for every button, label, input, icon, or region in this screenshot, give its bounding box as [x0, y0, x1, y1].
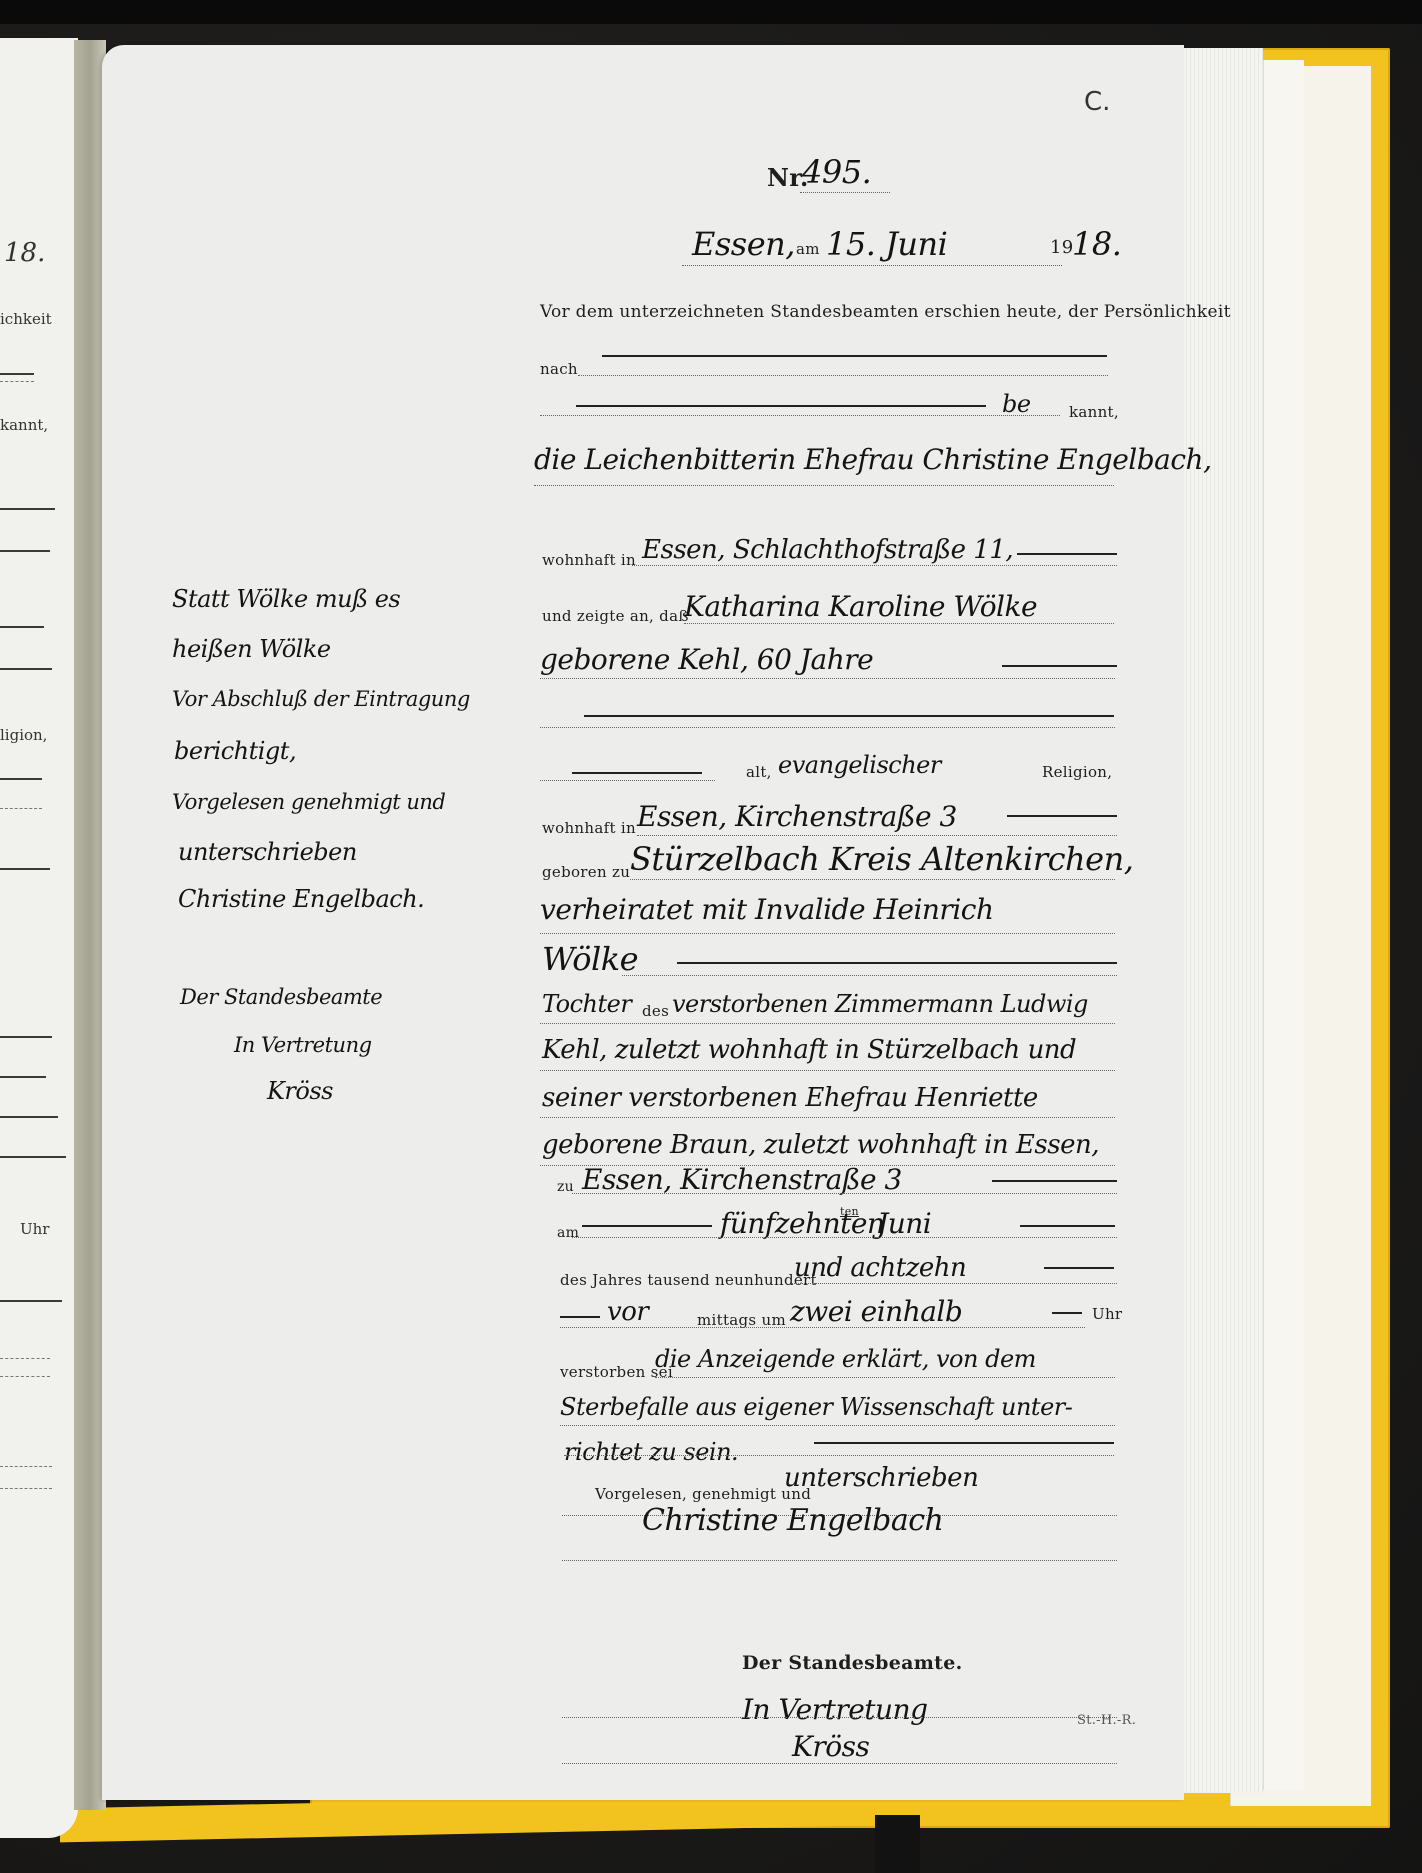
year-dotted-line	[792, 1283, 1117, 1284]
vor-filler-line	[560, 1316, 600, 1318]
margin-note-line: Vor Abschluß der Eintragung	[172, 687, 470, 711]
death-day: fünfzehnten	[720, 1207, 885, 1240]
deceased-dotted-line	[684, 623, 1114, 624]
left-page-dotted	[0, 1376, 50, 1377]
month-filler-line	[1020, 1225, 1115, 1227]
zeigte-label: und zeigte an, daß	[542, 607, 689, 625]
bookmark-ribbon	[875, 1815, 920, 1873]
married-line: verheiratet mit Invalide Heinrich	[540, 893, 993, 926]
vor-hand: vor	[607, 1297, 648, 1327]
left-page-year: 18.	[4, 238, 45, 268]
birthplace-dotted-line	[630, 879, 1115, 880]
margin-note-line: Christine Engelbach.	[178, 885, 424, 913]
left-page-rule	[0, 1036, 52, 1038]
parents-line: verstorbenen Zimmermann Ludwig	[672, 990, 1088, 1018]
date-dotted-line	[682, 265, 1062, 266]
margin-registrar-line: In Vertretung	[234, 1033, 372, 1057]
death-place-filler-line	[992, 1180, 1117, 1182]
margin-registrar-signature: Kröss	[267, 1077, 333, 1105]
left-page-rule	[0, 1156, 66, 1158]
registrar-signature: Kröss	[792, 1730, 869, 1763]
register-page: C. Nr. 495. Essen, am 15. Juni 19 18. Vo…	[102, 45, 1184, 1800]
am-dotted-line	[572, 1237, 1117, 1238]
margin-note-line: Statt Wölke muß es	[172, 585, 400, 613]
form-mark: St.-H.-R.	[1077, 1713, 1136, 1728]
death-year-words: und achtzehn	[794, 1253, 966, 1283]
married-surname: Wölke	[542, 940, 638, 978]
death-time: zwei einhalb	[790, 1295, 962, 1328]
am-filler-line	[582, 1225, 712, 1227]
registrar-line: In Vertretung	[742, 1693, 928, 1726]
signature-dotted-line-2	[562, 1560, 1117, 1561]
registrar-dotted-line	[562, 1717, 1117, 1718]
left-page-rule	[0, 626, 44, 628]
bekannt-label: kannt,	[1069, 403, 1119, 421]
deceased-residence: Essen, Kirchenstraße 3	[637, 800, 957, 833]
informant-residence: Essen, Schlachthofstraße 11,	[642, 535, 1013, 565]
window-title-bar: /Abt_Rheinland/PA_3103/~082/08283/R_PA_3…	[0, 0, 1422, 24]
remark-dotted-line	[564, 1455, 1114, 1456]
left-page-dotted	[0, 381, 34, 382]
married-dotted-line	[540, 933, 1115, 934]
blank-dotted-line	[540, 727, 1115, 728]
margin-registrar-heading: Der Standesbeamte	[180, 985, 382, 1009]
left-page-rule	[0, 778, 42, 780]
remark-line: Sterbefalle aus eigener Wissenschaft unt…	[560, 1393, 1072, 1421]
margin-note-line: heißen Wölke	[172, 635, 331, 663]
year-suffix: 18.	[1072, 225, 1121, 263]
parents-dotted-line	[540, 1117, 1115, 1118]
blank-strike-line	[584, 715, 1114, 717]
time-filler-line	[1052, 1312, 1082, 1314]
birthname-filler-line	[1002, 665, 1117, 667]
death-month: Juni	[877, 1207, 931, 1240]
left-page-rule	[0, 373, 34, 375]
left-page-rule	[0, 668, 52, 670]
left-page-dotted	[0, 1488, 52, 1489]
death-place: Essen, Kirchenstraße 3	[582, 1163, 902, 1196]
left-page-rule	[0, 1076, 46, 1078]
bekannt-hand: be	[1002, 390, 1031, 418]
vorgelesen-hand: unterschrieben	[784, 1463, 978, 1493]
wohnhaft-label-2: wohnhaft in	[542, 819, 636, 837]
parents-dotted-line	[540, 1070, 1115, 1071]
left-page-dotted	[0, 808, 42, 809]
left-page-rule	[0, 868, 50, 870]
bekannt-dotted-line	[540, 415, 1060, 416]
informant-dotted-line	[534, 485, 1114, 486]
margin-note-line: berichtigt,	[174, 737, 296, 765]
age-strike-line	[572, 772, 702, 774]
alt-label: alt,	[746, 763, 772, 781]
am-label: am	[557, 1225, 579, 1241]
surname-dotted-line	[622, 975, 1117, 976]
remark-dotted-line	[560, 1425, 1115, 1426]
wohnhaft-label: wohnhaft in	[542, 551, 636, 569]
left-page-dotted	[0, 1358, 50, 1359]
parents-line: geborene Braun, zuletzt wohnhaft in Esse…	[542, 1130, 1099, 1160]
date-label: am	[796, 240, 820, 258]
informant-signature: Christine Engelbach	[642, 1503, 943, 1538]
residence-dotted-line	[632, 565, 1117, 566]
residence2-dotted-line	[637, 835, 1117, 836]
margin-note-line: Vorgelesen genehmigt und	[172, 790, 445, 814]
left-page-word: Uhr	[20, 1220, 49, 1238]
place: Essen,	[692, 225, 795, 263]
parents-line: seiner verstorbenen Ehefrau Henriette	[542, 1083, 1038, 1113]
record-date: 15. Juni	[826, 225, 947, 263]
left-page-rule	[0, 508, 55, 510]
left-page-rule	[0, 1116, 58, 1118]
margin-note-line: unterschrieben	[178, 838, 357, 866]
record-number: 495.	[802, 153, 871, 191]
geboren-label: geboren zu	[542, 863, 630, 881]
nach-label: nach	[540, 360, 578, 378]
page-stack-outer	[1263, 60, 1304, 1790]
death-day-suffix: ten	[840, 1205, 859, 1218]
birthplace: Stürzelbach Kreis Altenkirchen,	[630, 840, 1133, 878]
des-label: des	[642, 1002, 669, 1020]
uhr-label: Uhr	[1092, 1305, 1122, 1323]
vorgelesen-label: Vorgelesen, genehmigt und	[595, 1485, 811, 1503]
left-page-dotted	[0, 1466, 52, 1467]
intro-text: Vor dem unterzeichneten Standesbeamten e…	[540, 302, 1231, 322]
left-page-rule	[0, 550, 50, 552]
birthname-dotted-line	[540, 678, 1115, 679]
residence2-filler-line	[1007, 815, 1117, 817]
residence-filler-line	[1017, 553, 1117, 555]
nach-strike-line	[602, 355, 1107, 357]
left-facing-page: 18. ichkeit kannt, ligion, Uhr	[0, 38, 78, 1838]
registrar-dotted-line-2	[562, 1763, 1117, 1764]
left-page-word: ligion,	[0, 726, 47, 744]
jahres-label: des Jahres tausend neunhundert	[560, 1271, 817, 1289]
number-dotted-line	[800, 192, 890, 193]
nach-dotted-line	[578, 375, 1108, 376]
year-prefix: 19	[1050, 237, 1074, 258]
parents-line: Kehl, zuletzt wohnhaft in Stürzelbach un…	[542, 1035, 1076, 1065]
deceased-birthname: geborene Kehl, 60 Jahre	[540, 643, 873, 676]
left-page-word: ichkeit	[0, 310, 52, 328]
religion: evangelischer	[778, 751, 941, 779]
series-letter: C.	[1084, 87, 1110, 117]
left-page-rule	[0, 1300, 62, 1302]
remark-dotted-line	[655, 1377, 1115, 1378]
deceased-name: Katharina Karoline Wölke	[684, 590, 1037, 623]
left-page-word: kannt,	[0, 416, 48, 434]
informant-name: die Leichenbitterin Ehefrau Christine En…	[534, 443, 1211, 476]
bekannt-strike-line	[576, 405, 986, 407]
religion-label: Religion,	[1042, 763, 1112, 781]
parents-hand-prefix: Tochter	[542, 990, 631, 1018]
death-place-dotted-line	[572, 1193, 1117, 1194]
remark-line: richtet zu sein.	[564, 1438, 738, 1466]
year-filler-line	[1044, 1267, 1114, 1269]
parents-dotted-line	[540, 1023, 1115, 1024]
remark-filler-line	[814, 1442, 1114, 1444]
age-dotted-line	[540, 780, 715, 781]
surname-filler-line	[677, 962, 1117, 964]
registrar-heading: Der Standesbeamte.	[742, 1652, 963, 1674]
time-dotted-line	[560, 1327, 1085, 1328]
remark-line: die Anzeigende erklärt, von dem	[655, 1345, 1036, 1373]
